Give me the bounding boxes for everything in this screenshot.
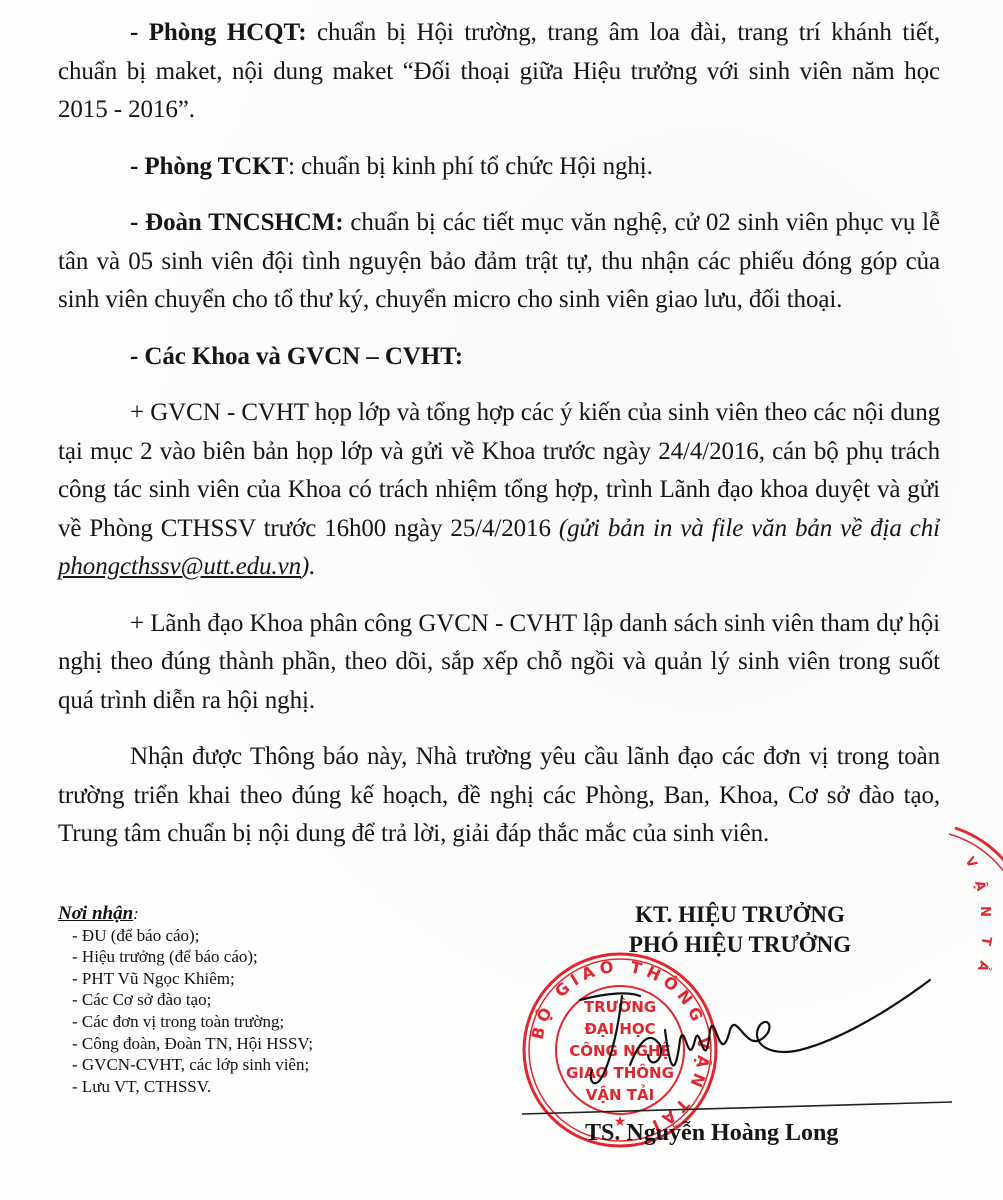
email-link[interactable]: phongcthssv@utt.edu.vn xyxy=(58,553,301,580)
recipient-item: - Hiệu trưởng (để báo cáo); xyxy=(72,946,313,968)
recipient-item: - Các Cơ sở đào tạo; xyxy=(72,989,313,1011)
unit-label: - Phòng HCQT: xyxy=(130,19,306,46)
recipients-colon: : xyxy=(133,904,139,923)
document-page: - Phòng HCQT: chuẩn bị Hội trường, trang… xyxy=(0,0,1003,1200)
paragraph-tckt: - Phòng TCKT: chuẩn bị kinh phí tổ chức … xyxy=(58,148,940,187)
unit-label: - Các Khoa và GVCN – CVHT: xyxy=(130,343,463,370)
paragraph-text: + Lãnh đạo Khoa phân công GVCN - CVHT lậ… xyxy=(58,610,940,714)
italic-suffix: ). xyxy=(301,553,315,580)
svg-text:T: T xyxy=(977,935,993,946)
paragraph-lanh-dao: + Lãnh đạo Khoa phân công GVCN - CVHT lậ… xyxy=(58,605,940,721)
paragraph-hcqt: - Phòng HCQT: chuẩn bị Hội trường, trang… xyxy=(58,14,940,130)
recipients-block: Nơi nhận: - ĐU (để báo cáo); - Hiệu trưở… xyxy=(58,903,313,1097)
recipient-item: - ĐU (để báo cáo); xyxy=(72,925,313,947)
handwritten-signature-icon xyxy=(570,970,970,1120)
recipients-heading-text: Nơi nhận xyxy=(58,903,133,924)
paragraph-doan: - Đoàn TNCSHCM: chuẩn bị các tiết mục vă… xyxy=(58,204,940,320)
signatory-name: TS. Nguyễn Hoàng Long xyxy=(585,1120,838,1147)
recipients-list: - ĐU (để báo cáo); - Hiệu trưởng (để báo… xyxy=(58,925,313,1098)
svg-text:V: V xyxy=(962,855,980,871)
recipient-item: - Lưu VT, CTHSSV. xyxy=(72,1076,313,1098)
paragraph-gvcn: + GVCN - CVHT họp lớp và tổng hợp các ý … xyxy=(58,394,940,587)
svg-text:Ả: Ả xyxy=(974,959,993,974)
unit-label: - Đoàn TNCSHCM: xyxy=(130,209,343,236)
paragraph-conclusion: Nhận được Thông báo này, Nhà trường yêu … xyxy=(58,738,940,854)
recipient-item: - Công đoàn, Đoàn TN, Hội HSSV; xyxy=(72,1033,313,1055)
paragraph-text: : chuẩn bị kinh phí tổ chức Hội nghị. xyxy=(288,153,653,180)
recipient-item: - Các đơn vị trong toàn trường; xyxy=(72,1011,313,1033)
svg-text:N: N xyxy=(977,906,992,917)
paragraph-text: Nhận được Thông báo này, Nhà trường yêu … xyxy=(58,743,940,847)
recipient-item: - PHT Vũ Ngọc Khiêm; xyxy=(72,968,313,990)
unit-label: - Phòng TCKT xyxy=(130,153,288,180)
recipient-item: - GVCN-CVHT, các lớp sinh viên; xyxy=(72,1054,313,1076)
recipients-heading: Nơi nhận: xyxy=(58,903,313,925)
svg-text:Ậ: Ậ xyxy=(971,879,989,893)
signature-underline-icon xyxy=(522,1100,952,1120)
paragraph-khoa-heading: - Các Khoa và GVCN – CVHT: xyxy=(58,338,940,377)
document-body: - Phòng HCQT: chuẩn bị Hội trường, trang… xyxy=(58,14,940,854)
signature-title-line1: KT. HIỆU TRƯỞNG xyxy=(560,900,920,930)
italic-prefix: (gửi bản in và file văn bản về địa chỉ xyxy=(559,515,940,542)
